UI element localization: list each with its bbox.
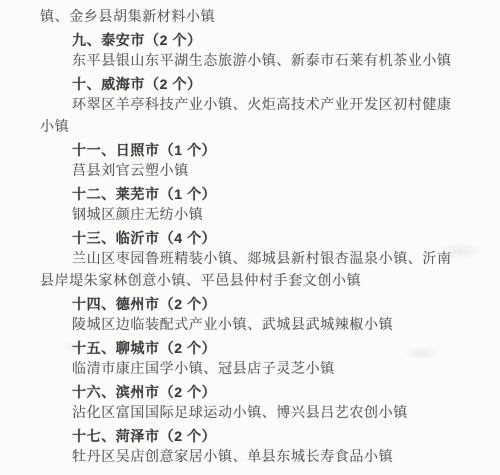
section-heading: 十六、滨州市（2 个） <box>40 381 472 403</box>
town-list-line: 陵城区边临装配式产业小镇、武城县武城辣椒小镇 <box>40 315 472 337</box>
section-heading: 十七、菏泽市（2 个） <box>40 425 472 447</box>
town-list-line: 牡丹区吴店创意家居小镇、单县东城长寿食品小镇 <box>40 447 472 469</box>
section-heading: 九、泰安市（2 个） <box>40 29 472 51</box>
section-heading: 十四、德州市（2 个） <box>40 293 472 315</box>
town-list-line: 莒县刘官云塑小镇 <box>40 161 472 183</box>
town-list-line: 钢城区颜庄无纺小镇 <box>40 205 472 227</box>
town-list-line: 镇、金乡县胡集新材料小镇 <box>40 7 472 29</box>
town-list-line: 沾化区富国国际足球运动小镇、博兴县吕艺农创小镇 <box>40 403 472 425</box>
town-list-line: 环翠区羊亭科技产业小镇、火炬高技术产业开发区初村健康 <box>40 95 472 117</box>
section-heading: 十三、临沂市（4 个） <box>40 227 472 249</box>
town-list-line: 东平县银山东平湖生态旅游小镇、新泰市石莱有机茶业小镇 <box>40 51 472 73</box>
section-heading: 十、威海市（2 个） <box>40 73 472 95</box>
scanned-document-page: 镇、金乡县胡集新材料小镇 九、泰安市（2 个） 东平县银山东平湖生态旅游小镇、新… <box>0 0 500 475</box>
town-list-line: 临清市康庄国学小镇、冠县店子灵芝小镇 <box>40 359 472 381</box>
section-heading: 十二、莱芜市（1 个） <box>40 183 472 205</box>
section-heading: 十五、聊城市（2 个） <box>40 337 472 359</box>
town-list-line: 小镇 <box>40 117 472 139</box>
section-heading: 十一、日照市（1 个） <box>40 139 472 161</box>
town-list-line: 县岸堤朱家林创意小镇、平邑县仲村手套文创小镇 <box>40 271 472 293</box>
town-list-line: 兰山区枣园鲁班精装小镇、郯城县新村银杏温泉小镇、沂南 <box>40 249 472 271</box>
